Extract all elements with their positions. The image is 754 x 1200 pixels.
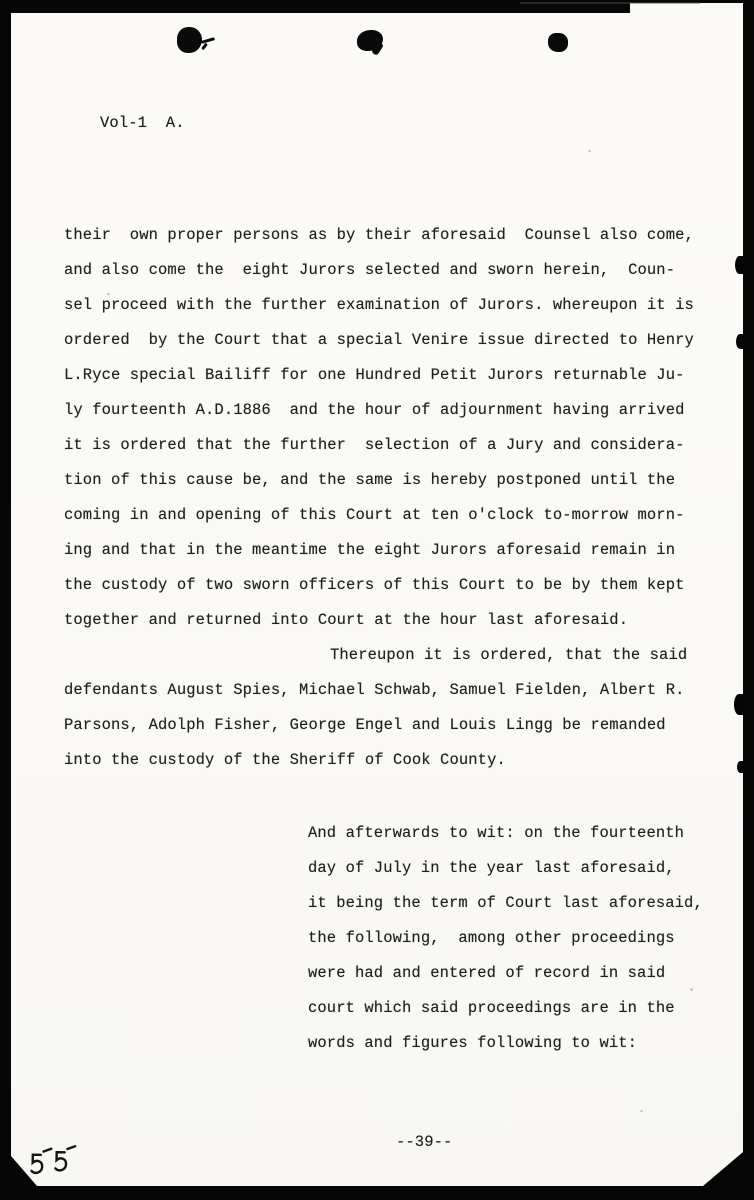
text-line: sel proceed with the further examination… — [64, 287, 724, 322]
text-line: into the custody of the Sheriff of Cook … — [64, 742, 724, 777]
text-line: the following, among other proceedings — [308, 920, 728, 955]
scan-artifact-line — [520, 2, 700, 4]
text-line: ordered by the Court that a special Veni… — [64, 322, 724, 357]
volume-label: Vol-1 A. — [100, 114, 185, 132]
torn-edge-mark — [737, 761, 744, 773]
torn-edge-mark — [734, 694, 744, 715]
text-line: defendants August Spies, Michael Schwab,… — [64, 672, 724, 707]
text-line: it is ordered that the further selection… — [64, 427, 724, 462]
text-line: tion of this cause be, and the same is h… — [64, 462, 724, 497]
torn-edge-mark — [735, 256, 744, 274]
text-line: ing and that in the meantime the eight J… — [64, 532, 724, 567]
torn-edge-mark — [736, 334, 744, 349]
text-line: it being the term of Court last aforesai… — [308, 885, 728, 920]
page-number: --39-- — [396, 1133, 452, 1151]
text-line: together and returned into Court at the … — [64, 602, 724, 637]
text-line: words and figures following to wit: — [308, 1025, 728, 1060]
paper-speck — [640, 1110, 643, 1112]
text-line: their own proper persons as by their afo… — [64, 217, 724, 252]
text-line: court which said proceedings are in the — [308, 990, 728, 1025]
ink-blob-icon — [548, 33, 568, 52]
paper-speck — [588, 150, 591, 152]
scanned-court-record-page: Vol-1 A. their own proper persons as by … — [0, 0, 754, 1200]
text-line: ly fourteenth A.D.1886 and the hour of a… — [64, 392, 724, 427]
text-line: And afterwards to wit: on the fourteenth — [308, 815, 728, 850]
handwritten-note — [26, 1141, 92, 1188]
text-line: coming in and opening of this Court at t… — [64, 497, 724, 532]
indented-record-block: And afterwards to wit: on the fourteenth… — [308, 815, 728, 1060]
text-line: the custody of two sworn officers of thi… — [64, 567, 724, 602]
handwritten-note-strokes — [26, 1141, 91, 1183]
text-line: L.Ryce special Bailiff for one Hundred P… — [64, 357, 724, 392]
text-line-indented: Thereupon it is ordered, that the said — [64, 637, 724, 672]
text-line: and also come the eight Jurors selected … — [64, 252, 724, 287]
text-line: were had and entered of record in said — [308, 955, 728, 990]
court-record-paragraph: their own proper persons as by their afo… — [64, 217, 724, 777]
text-line: day of July in the year last aforesaid, — [308, 850, 728, 885]
text-line: Parsons, Adolph Fisher, George Engel and… — [64, 707, 724, 742]
